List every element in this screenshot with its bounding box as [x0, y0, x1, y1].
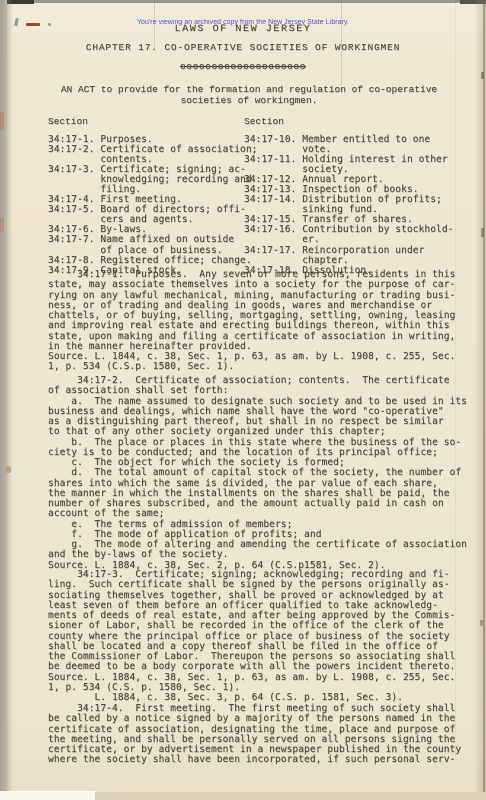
toc-section-header-left: Section: [48, 116, 88, 127]
scan-right-edge-line: [483, 0, 485, 800]
ornament-separator: oooooooooooooooooooo: [0, 61, 486, 72]
edge-speck: [481, 72, 484, 79]
statute-paragraph-34-17-4: 34:17-4. First meeting. The first meetin…: [48, 704, 461, 766]
act-title: AN ACT to provide for the formation and …: [48, 85, 450, 106]
edge-speck: [480, 620, 483, 626]
toc-section-header-right: Section: [244, 116, 284, 127]
ink-smudge: [6, 466, 11, 473]
scan-top-edge: [0, 0, 486, 3]
page-title: LAWS OF NEW JERSEY: [0, 24, 486, 35]
scanned-document-page: You're viewing an archived copy from the…: [0, 0, 486, 800]
chapter-heading: CHAPTER 17. CO-OPERATIVE SOCIETIES OF WO…: [0, 42, 486, 53]
ink-smudge: [0, 217, 4, 232]
statute-paragraph-34-17-2: 34:17-2. Certificate of association; con…: [48, 376, 467, 571]
statute-paragraph-34-17-1: 34:17-1. Purposes. Any seven or more per…: [48, 270, 455, 373]
ink-smudge: [0, 112, 4, 130]
toc-left-column: 34:17-1. Purposes. 34:17-2. Certificate …: [48, 135, 258, 276]
edge-speck: [481, 228, 484, 237]
toc-right-column: 34:17-10. Member entitled to one vote. 3…: [244, 135, 454, 276]
paper-left-shadow: [7, 0, 13, 800]
scan-bottom-notch: [0, 791, 95, 800]
statute-paragraph-34-17-3: 34:17-3. Certificate; signing; acknowled…: [48, 570, 455, 703]
